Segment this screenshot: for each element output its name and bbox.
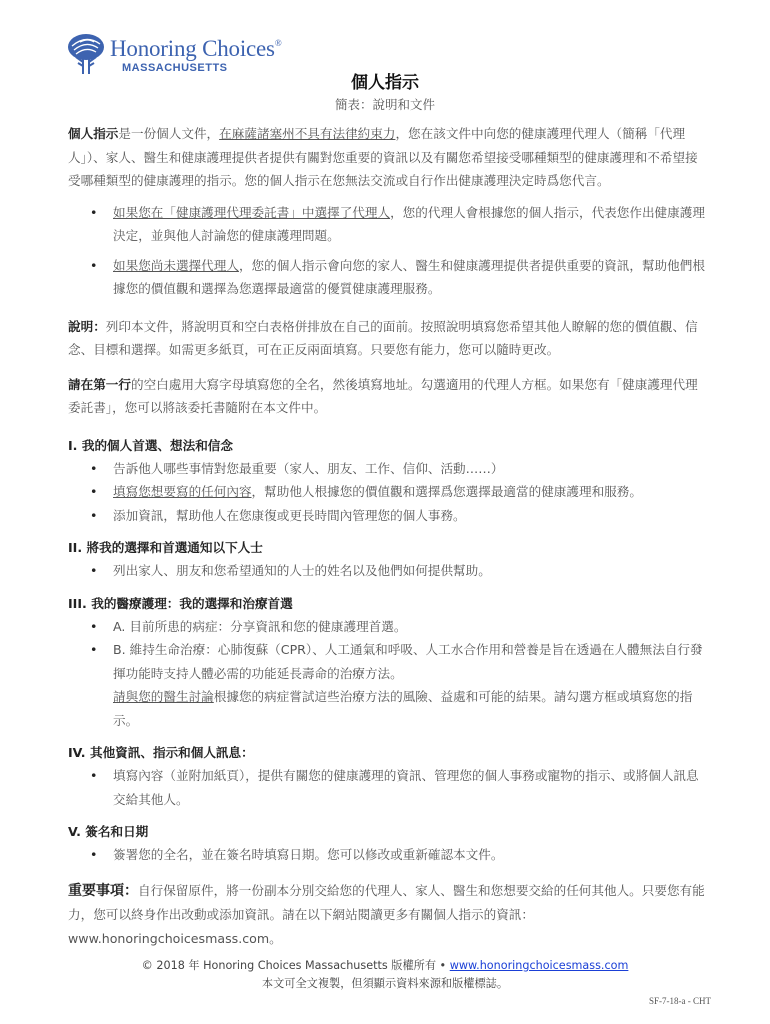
section-heading: II. 將我的選擇和首選通知以下人士 [68, 536, 706, 559]
section-heading: IV. 其他資訊、指示和個人訊息： [68, 741, 706, 764]
section-4: IV. 其他資訊、指示和個人訊息： 填寫內容（並附加紙頁），提供有關您的健康護理… [68, 741, 706, 811]
section-1: I. 我的個人首選、想法和信念 告訴他人哪些事情對您最重要（家人、朋友、工作、信… [68, 434, 706, 528]
list-item: 如果您尚未選擇代理人，您的個人指示會向您的家人、醫生和健康護理提供者提供重要的資… [113, 254, 706, 301]
reproduction-note: 本文可全文複製，但須顯示資料來源和版權標誌。 [0, 975, 770, 993]
page-title: 個人指示 [0, 68, 770, 93]
list-item: 告訴他人哪些事情對您最重要（家人、朋友、工作、信仰、活動……） [113, 457, 706, 481]
section-heading: V. 簽名和日期 [68, 820, 706, 843]
logo-name: Honoring Choices® [110, 36, 281, 62]
document-code: SF-7-18-a - CHT [649, 996, 711, 1006]
footer: © 2018 年 Honoring Choices Massachusetts … [0, 957, 770, 993]
section-heading: I. 我的個人首選、想法和信念 [68, 434, 706, 457]
page-subtitle: 簡表：說明和文件 [0, 95, 770, 113]
list-item: 列出家人、朋友和您希望通知的人士的姓名以及他們如何提供幫助。 [113, 559, 706, 583]
website-link[interactable]: www.honoringchoicesmass.com [450, 959, 629, 972]
list-item: A. 目前所患的病症：分享資訊和您的健康護理首選。 [113, 615, 706, 639]
section-5: V. 簽名和日期 簽署您的全名，並在簽名時填寫日期。您可以修改或重新確認本文件。 [68, 820, 706, 867]
section-2: II. 將我的選擇和首選通知以下人士 列出家人、朋友和您希望通知的人士的姓名以及… [68, 536, 706, 583]
copyright-line: © 2018 年 Honoring Choices Massachusetts … [0, 957, 770, 975]
legal-note: 在麻薩諸塞州不具有法律約束力 [219, 126, 395, 141]
section-3: III. 我的醫療護理：我的選擇和治療首選 A. 目前所患的病症：分享資訊和您的… [68, 592, 706, 733]
important-paragraph: 重要事項：自行保留原件，將一份副本分別交給您的代理人、家人、醫生和您想要交給的任… [68, 879, 706, 951]
list-item: 填寫您想要寫的任何內容，幫助他人根據您的價值觀和選擇爲您選擇最適當的健康護理和服… [113, 480, 706, 504]
first-line-paragraph: 請在第一行的空白處用大寫字母填寫您的全名，然後填寫地址。勾選適用的代理人方框。如… [68, 373, 706, 420]
intro-bullet-list: 如果您在「健康護理代理委託書」中選擇了代理人，您的代理人會根據您的個人指示，代表… [68, 201, 706, 301]
list-item: 填寫內容（並附加紙頁），提供有關您的健康護理的資訊、管理您的個人事務或寵物的指示… [113, 764, 706, 811]
list-item: 如果您在「健康護理代理委託書」中選擇了代理人，您的代理人會根據您的個人指示，代表… [113, 201, 706, 248]
intro-paragraph: 個人指示是一份個人文件，在麻薩諸塞州不具有法律約束力，您在該文件中向您的健康護理… [68, 122, 706, 193]
section-heading: III. 我的醫療護理：我的選擇和治療首選 [68, 592, 706, 615]
list-item: B. 維持生命治療：心肺復蘇（CPR）、人工通氣和呼吸、人工水合作用和營養是旨在… [113, 638, 706, 732]
list-item: 簽署您的全名，並在簽名時填寫日期。您可以修改或重新確認本文件。 [113, 843, 706, 867]
list-item: 添加資訊，幫助他人在您康復或更長時間內管理您的個人事務。 [113, 504, 706, 528]
instructions-paragraph: 說明：列印本文件，將說明頁和空白表格併排放在自己的面前。按照說明填寫您希望其他人… [68, 315, 706, 362]
document-body: 個人指示是一份個人文件，在麻薩諸塞州不具有法律約束力，您在該文件中向您的健康護理… [68, 122, 706, 950]
